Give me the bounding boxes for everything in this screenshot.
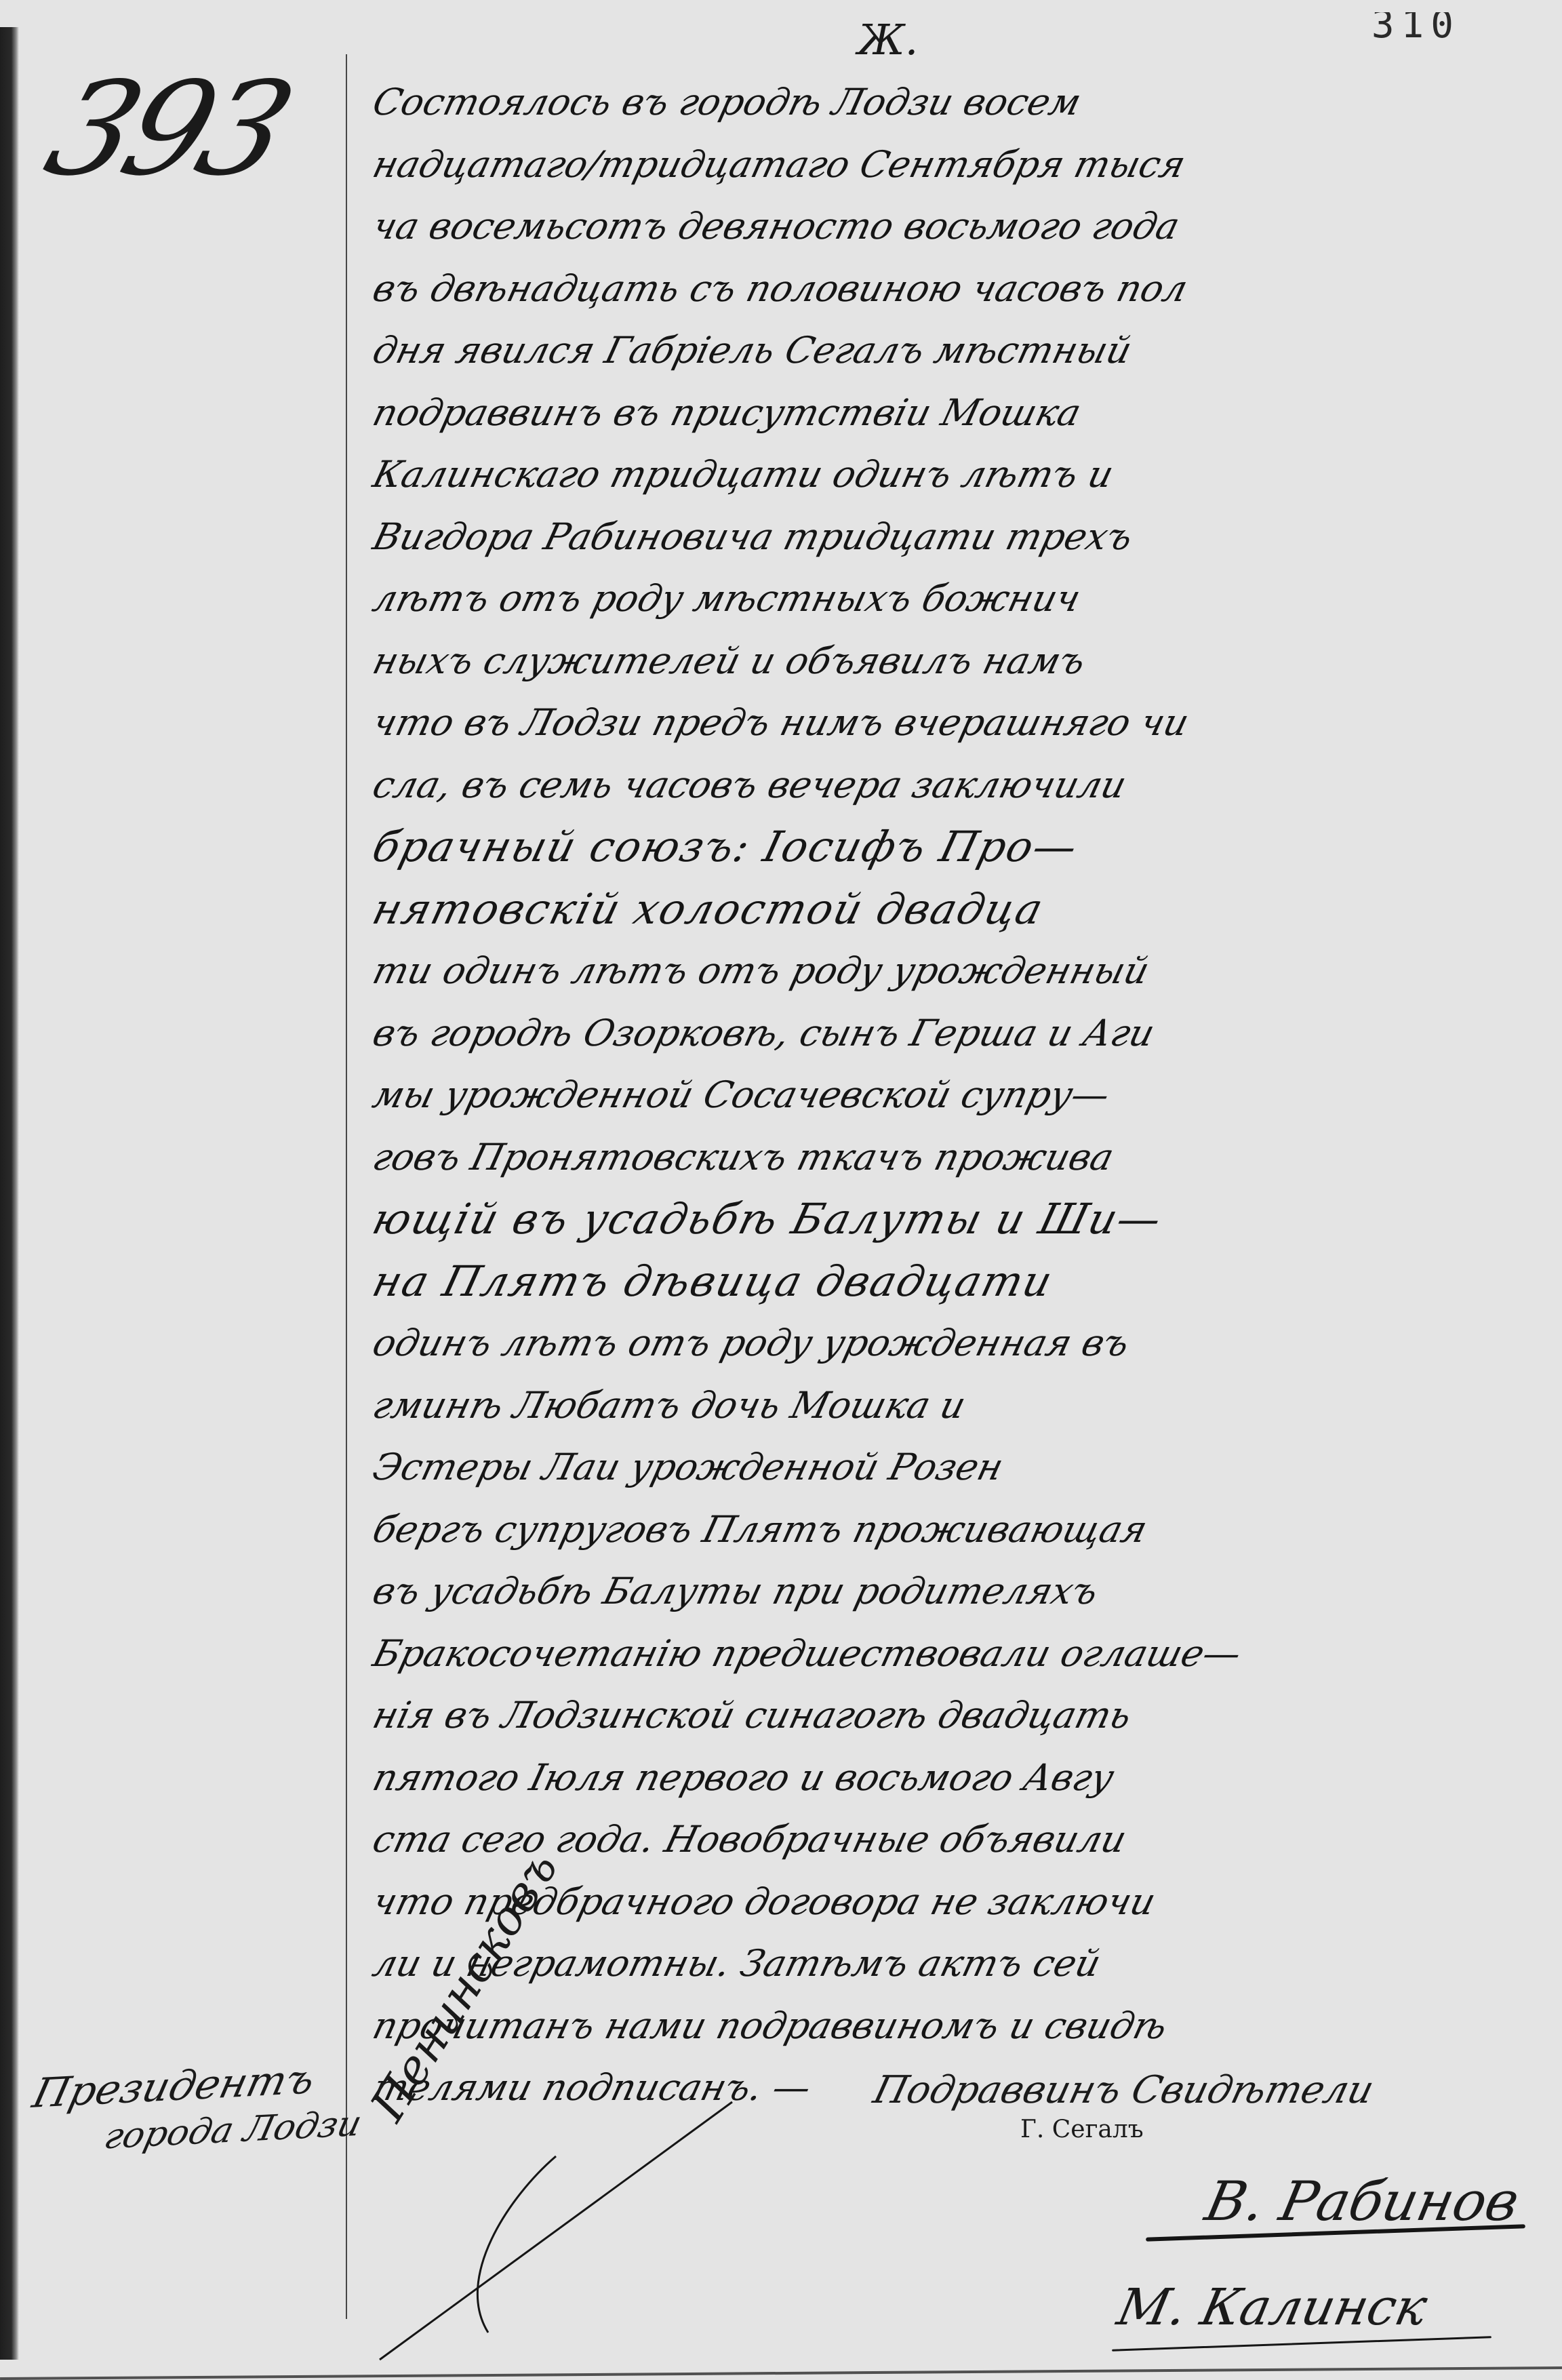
record-line: говъ Пронятовскихъ ткачъ прожива [366, 1126, 1548, 1189]
record-line: нія въ Лодзинской синагогѣ двадцать [366, 1684, 1548, 1747]
record-line: Вигдора Рабиновича тридцати трехъ [366, 506, 1548, 568]
record-line: дня явился Габріель Сегалъ мѣстный [366, 319, 1548, 382]
record-line: что въ Лодзи предъ нимъ вчерашняго чи [366, 692, 1548, 754]
record-line: ча восемьсотъ девяносто восьмого года [366, 195, 1548, 258]
record-line: прочитанъ нами подраввиномъ и свидѣ [366, 1995, 1548, 2057]
record-line: нятовскій холостой двадца [366, 878, 1548, 940]
record-line: Состоялось въ городѣ Лодзи восем [366, 71, 1548, 134]
record-line: брачный союзъ: Іосифъ Про— [366, 816, 1548, 878]
entry-number: 393 [30, 54, 304, 204]
record-line: мы урожденной Сосачевской супру— [366, 1064, 1548, 1126]
record-line: ныхъ служителей и объявилъ намъ [366, 630, 1548, 692]
record-line: бергъ супруговъ Плятъ проживающая [366, 1499, 1548, 1561]
record-line: въ усадьбѣ Балуты при родителяхъ [366, 1560, 1548, 1623]
register-letter-mark: Ж. [858, 15, 918, 64]
book-binding-edge [0, 27, 19, 2360]
record-line: одинъ лѣтъ отъ роду урожденная въ [366, 1312, 1548, 1374]
record-line: Эстеры Лаи урожденной Розен [366, 1436, 1548, 1499]
page-number: 310 [1371, 3, 1460, 47]
record-line: гминѣ Любатъ дочь Мошка и [366, 1374, 1548, 1437]
record-line: подраввинъ въ присутствіи Мошка [366, 382, 1548, 444]
record-line: ющій въ усадьбѣ Балуты и Ши— [366, 1188, 1548, 1250]
record-line: лѣтъ отъ роду мѣстныхъ божнич [366, 568, 1548, 630]
president-signature-flourish-icon [353, 2075, 827, 2373]
record-line: надцатаго/тридцатаго Сентября тыся [366, 134, 1548, 196]
record-line: пятого Іюля первого и восьмого Авгу [366, 1747, 1548, 1809]
record-line: ли и неграмотны. Затѣмъ актъ сей [366, 1932, 1548, 1995]
witness-1-signature: В. Рабинов [1200, 2170, 1525, 2233]
record-line: сла, въ семь часовъ вечера заключили [366, 754, 1548, 816]
witness-2-underline [1112, 2336, 1491, 2352]
record-line: Калинскаго тридцати одинъ лѣтъ и [366, 443, 1548, 506]
rabbi-signature: Г. Сегалъ [1020, 2116, 1144, 2143]
record-body-text: Состоялось въ городѣ Лодзи восемнадцатаг… [366, 71, 1532, 2119]
witness-2-signature: М. Калинск [1113, 2278, 1433, 2337]
record-line: въ двѣнадцать съ половиною часовъ пол [366, 258, 1548, 320]
record-line: Бракосочетанію предшествовали оглаше— [366, 1623, 1548, 1685]
record-line: въ городѣ Озорковѣ, сынъ Герша и Аги [366, 1002, 1548, 1065]
record-line: ти одинъ лѣтъ отъ роду урожденный [366, 940, 1548, 1002]
margin-rule-line [346, 54, 347, 2319]
rabbi-witnesses-label: Подраввинъ Свидѣтели [869, 2068, 1378, 2112]
president-label-block: Президентъ города Лодзи [17, 2052, 378, 2165]
record-line: на Плятъ дѣвица двадцати [366, 1250, 1548, 1313]
